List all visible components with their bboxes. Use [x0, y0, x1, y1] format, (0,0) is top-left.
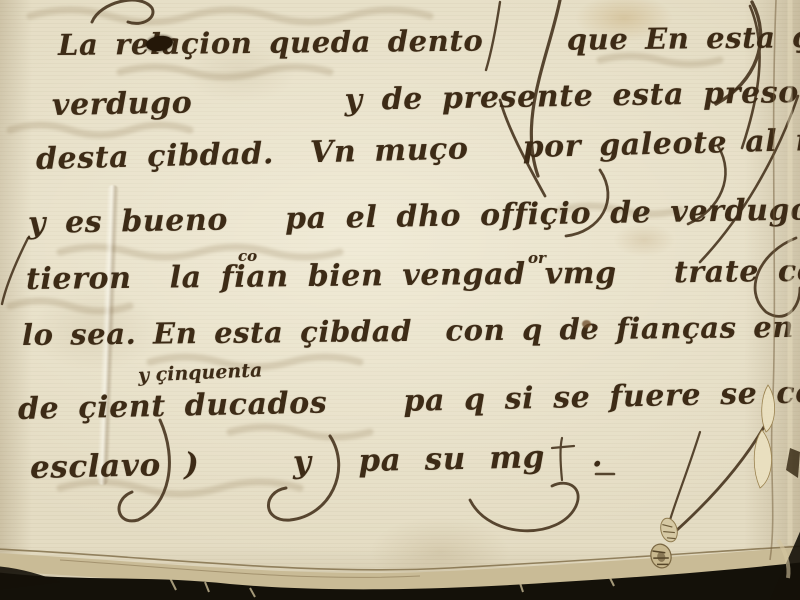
superscript-or: or — [528, 249, 546, 267]
ink-fleck — [582, 320, 591, 328]
superscript-co: co — [238, 247, 257, 265]
manuscript-page: La relaçion queda dento que En esta çibd… — [0, 0, 800, 600]
